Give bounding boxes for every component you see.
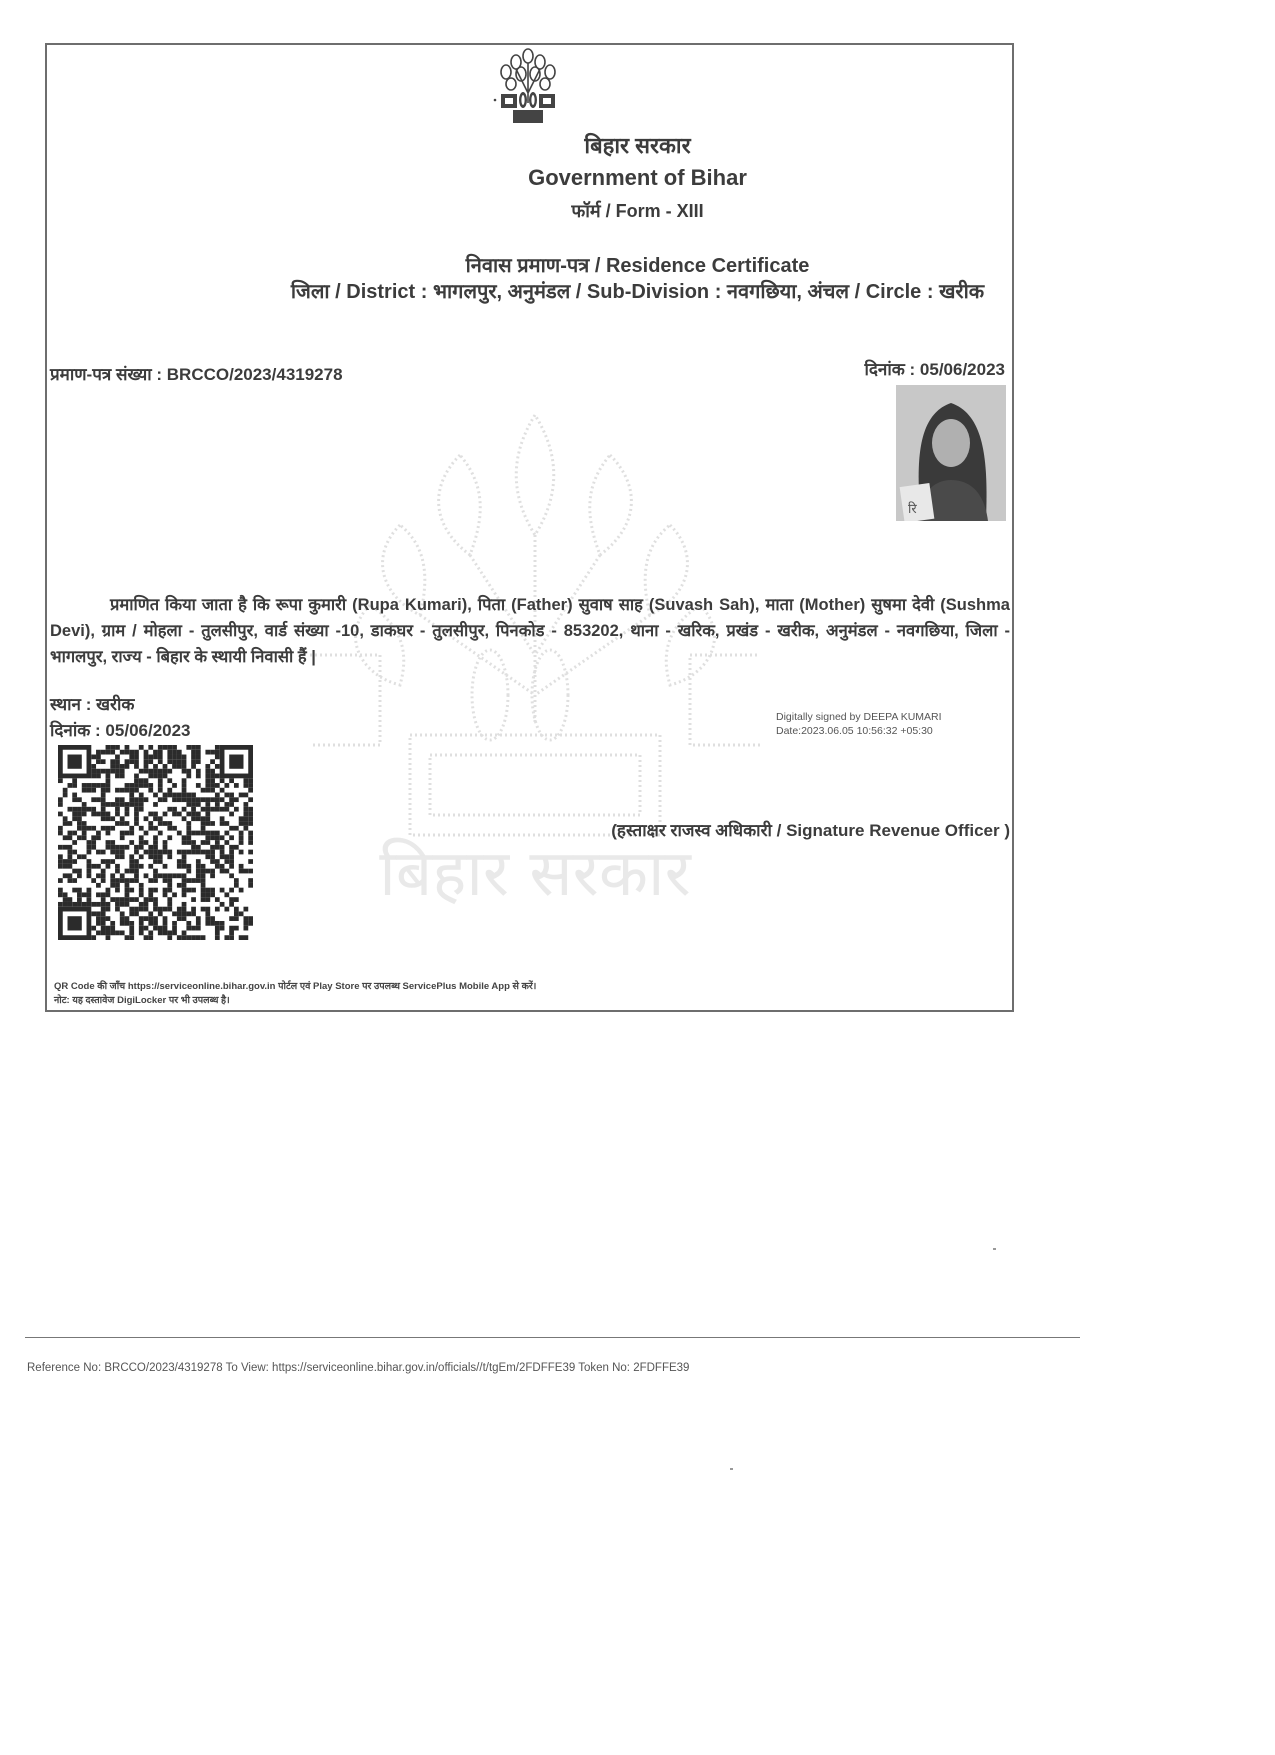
- digital-signature: Digitally signed by DEEPA KUMARI Date:20…: [776, 710, 942, 738]
- jurisdiction-line: जिला / District : भागलपुर, अनुमंडल / Sub…: [0, 277, 1275, 304]
- place-date: दिनांक : 05/06/2023: [50, 718, 191, 741]
- scan-speck: [993, 1248, 996, 1250]
- header-english-title: Government of Bihar: [0, 165, 1275, 191]
- digital-signature-signer: Digitally signed by DEEPA KUMARI: [776, 710, 942, 724]
- issue-date: दिनांक : 05/06/2023: [864, 357, 1005, 380]
- bihar-emblem-icon: [483, 48, 573, 128]
- place: स्थान : खरीक: [50, 692, 134, 715]
- certificate-title: निवास प्रमाण-पत्र / Residence Certificat…: [0, 251, 1275, 278]
- qr-verification-note: QR Code की जाँच https://serviceonline.bi…: [54, 980, 536, 994]
- scan-speck: [730, 1468, 733, 1470]
- person-photo-icon: रि: [896, 385, 1006, 521]
- digital-signature-date: Date:2023.06.05 10:56:32 +05:30: [776, 724, 942, 738]
- footer-divider: [25, 1337, 1080, 1338]
- certificate-number: प्रमाण-पत्र संख्या : BRCCO/2023/4319278: [50, 362, 343, 385]
- signature-caption: (हस्ताक्षर राजस्व अधिकारी / Signature Re…: [611, 818, 1010, 841]
- qr-code-icon[interactable]: [58, 745, 253, 940]
- certification-statement: प्रमाणित किया जाता है कि रूपा कुमारी (Ru…: [50, 592, 1010, 670]
- applicant-photo: रि: [896, 385, 1006, 521]
- form-number: फॉर्म / Form - XIII: [0, 199, 1275, 223]
- header-hindi-title: बिहार सरकार: [0, 130, 1275, 160]
- reference-line: Reference No: BRCCO/2023/4319278 To View…: [27, 1362, 689, 1374]
- footnote: QR Code की जाँच https://serviceonline.bi…: [54, 980, 536, 1008]
- svg-text:रि: रि: [908, 501, 917, 517]
- digilocker-note: नोट: यह दस्तावेज DigiLocker पर भी उपलब्ध…: [54, 994, 536, 1008]
